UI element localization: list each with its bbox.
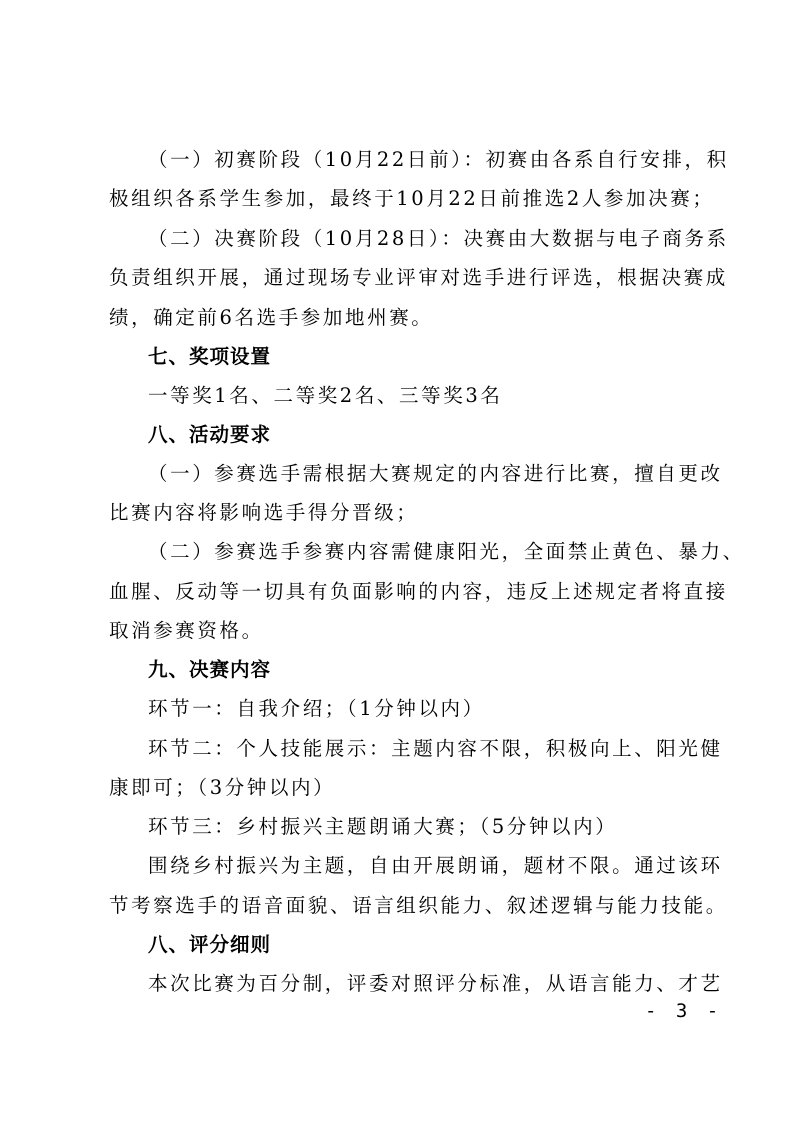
section-heading-final-content: 九、决赛内容 xyxy=(148,658,738,682)
paragraph-preliminary-stage-line-1: （一）初赛阶段（10月22日前）：初赛由各系自行安排，积 xyxy=(148,148,738,172)
paragraph-awards: 一等奖1名、二等奖2名、三等奖3名 xyxy=(148,384,738,408)
paragraph-recitation-line-2: 节考察选手的语音面貌、语言组织能力、叙述逻辑与能力技能。 xyxy=(109,894,699,918)
paragraph-segment-3: 环节三：乡村振兴主题朗诵大赛；（5分钟以内） xyxy=(148,815,738,839)
section-heading-scoring: 八、评分细则 xyxy=(148,933,738,957)
paragraph-scoring-line-1: 本次比赛为百分制，评委对照评分标准，从语言能力、才艺 xyxy=(148,972,738,996)
paragraph-requirement-2-line-3: 取消参赛资格。 xyxy=(109,619,699,643)
paragraph-final-stage-line-2: 负责组织开展，通过现场专业评审对选手进行评选，根据决赛成 xyxy=(109,266,699,290)
paragraph-requirement-1-line-1: （一）参赛选手需根据大赛规定的内容进行比赛，擅自更改 xyxy=(148,462,738,486)
page-number: - 3 - xyxy=(645,1000,722,1022)
paragraph-recitation-line-1: 围绕乡村振兴为主题，自由开展朗诵，题材不限。通过该环 xyxy=(148,854,738,878)
paragraph-requirement-2-line-2: 血腥、反动等一切具有负面影响的内容，违反上述规定者将直接 xyxy=(109,580,699,604)
paragraph-final-stage-line-1: （二）决赛阶段（10月28日）：决赛由大数据与电子商务系 xyxy=(148,227,738,251)
paragraph-preliminary-stage-line-2: 极组织各系学生参加，最终于10月22日前推选2人参加决赛； xyxy=(109,187,699,211)
paragraph-requirement-1-line-2: 比赛内容将影响选手得分晋级； xyxy=(109,501,699,525)
paragraph-final-stage-line-3: 绩，确定前6名选手参加地州赛。 xyxy=(109,306,699,330)
section-heading-requirements: 八、活动要求 xyxy=(148,423,738,447)
paragraph-requirement-2-line-1: （二）参赛选手参赛内容需健康阳光，全面禁止黄色、暴力、 xyxy=(148,540,738,564)
document-page: （一）初赛阶段（10月22日前）：初赛由各系自行安排，积 极组织各系学生参加，最… xyxy=(0,0,793,1122)
section-heading-awards: 七、奖项设置 xyxy=(148,345,738,369)
paragraph-segment-2-line-1: 环节二：个人技能展示：主题内容不限，积极向上、阳光健 xyxy=(148,737,738,761)
paragraph-segment-1: 环节一：自我介绍；（1分钟以内） xyxy=(148,697,738,721)
paragraph-segment-2-line-2: 康即可；（3分钟以内） xyxy=(109,776,699,800)
